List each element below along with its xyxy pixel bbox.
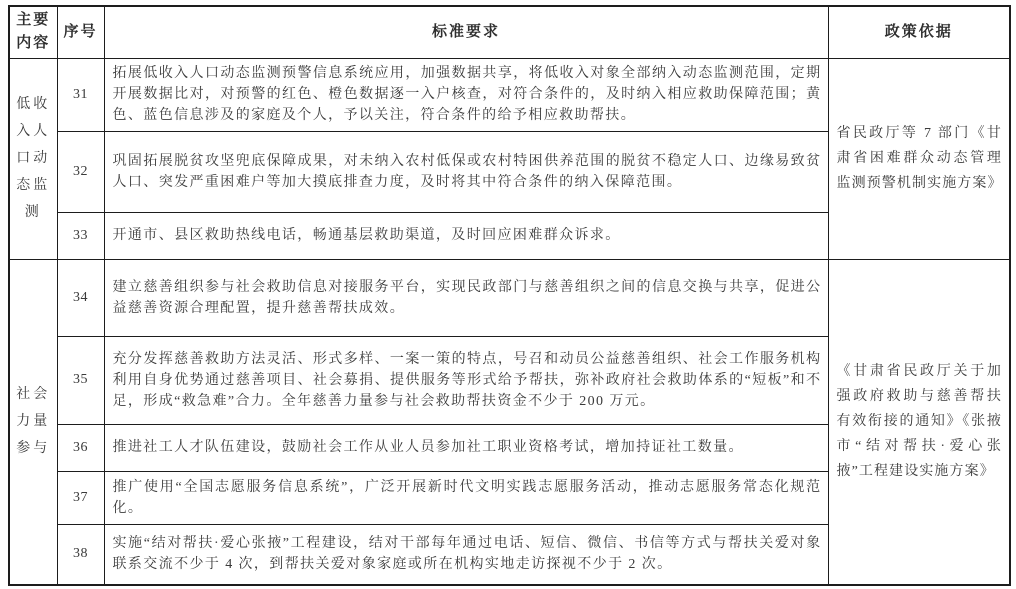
row-number: 37: [57, 471, 104, 524]
row-number: 31: [57, 58, 104, 131]
row-number: 32: [57, 131, 104, 212]
requirement-text: 实施“结对帮扶·爱心张掖”工程建设，结对干部每年通过电话、短信、微信、书信等方式…: [104, 524, 828, 585]
policy-basis-text: 省民政厅等 7 部门《甘肃省困难群众动态管理监测预警机制实施方案》: [828, 58, 1010, 259]
header-policy-basis: 政策依据: [828, 6, 1010, 58]
row-number: 34: [57, 259, 104, 336]
header-standard-requirement: 标准要求: [104, 6, 828, 58]
requirement-text: 建立慈善组织参与社会救助信息对接服务平台，实现民政部门与慈善组织之间的信息交换与…: [104, 259, 828, 336]
header-row: 主要内容 序号 标准要求 政策依据: [9, 6, 1010, 58]
requirement-text: 开通市、县区救助热线电话，畅通基层救助渠道，及时回应困难群众诉求。: [104, 212, 828, 259]
row-number: 33: [57, 212, 104, 259]
row-number: 36: [57, 424, 104, 471]
requirement-text: 推进社工人才队伍建设，鼓励社会工作从业人员参加社工职业资格考试，增加持证社工数量…: [104, 424, 828, 471]
table-row: 社会力量参与 34 建立慈善组织参与社会救助信息对接服务平台，实现民政部门与慈善…: [9, 259, 1010, 336]
header-serial-number: 序号: [57, 6, 104, 58]
requirement-text: 充分发挥慈善救助方法灵活、形式多样、一案一策的特点，号召和动员公益慈善组织、社会…: [104, 336, 828, 424]
requirement-text: 巩固拓展脱贫攻坚兜底保障成果，对未纳入农村低保或农村特困供养范围的脱贫不稳定人口…: [104, 131, 828, 212]
table-row: 低收入人口动态监测 31 拓展低收入人口动态监测预警信息系统应用，加强数据共享，…: [9, 58, 1010, 131]
row-number: 38: [57, 524, 104, 585]
category-low-income-monitoring: 低收入人口动态监测: [9, 58, 57, 259]
requirement-text: 推广使用“全国志愿服务信息系统”，广泛开展新时代文明实践志愿服务活动，推动志愿服…: [104, 471, 828, 524]
category-social-forces-participation: 社会力量参与: [9, 259, 57, 585]
header-main-content: 主要内容: [9, 6, 57, 58]
standards-table: 主要内容 序号 标准要求 政策依据 低收入人口动态监测 31 拓展低收入人口动态…: [8, 5, 1011, 586]
requirement-text: 拓展低收入人口动态监测预警信息系统应用，加强数据共享，将低收入对象全部纳入动态监…: [104, 58, 828, 131]
document-page: 主要内容 序号 标准要求 政策依据 低收入人口动态监测 31 拓展低收入人口动态…: [0, 0, 1016, 589]
row-number: 35: [57, 336, 104, 424]
policy-basis-text: 《甘肃省民政厅关于加强政府救助与慈善帮扶有效衔接的通知》《张掖市“结对帮扶·爱心…: [828, 259, 1010, 585]
